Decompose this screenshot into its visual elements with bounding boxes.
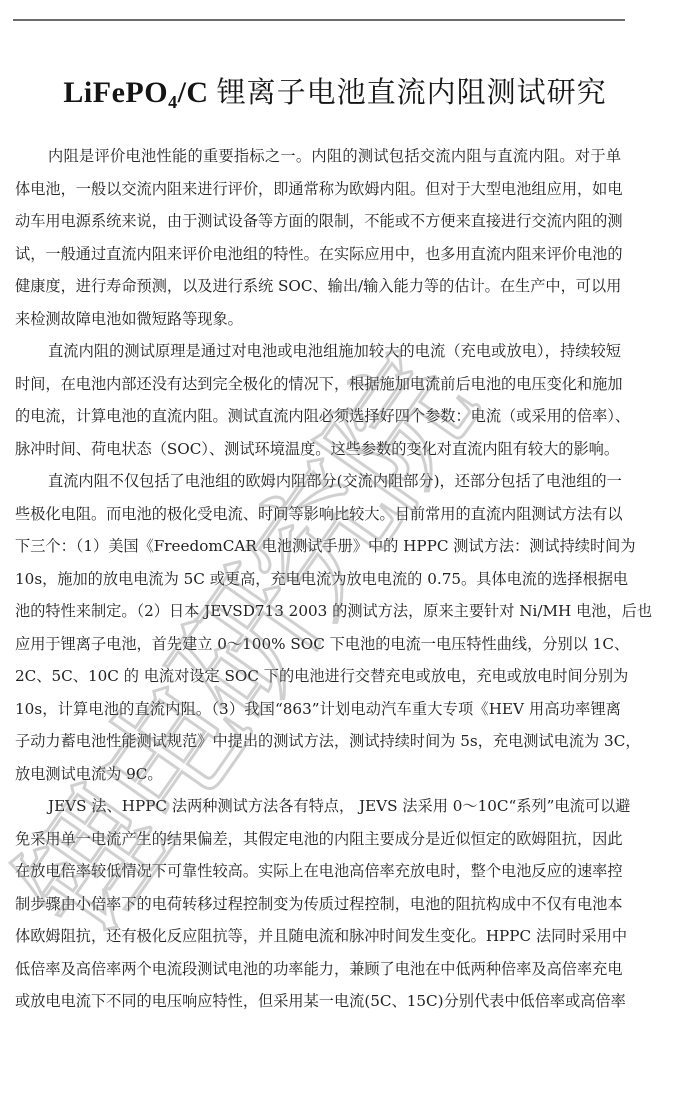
text-line: 池的特性来制定。（2）日本 JEVSD713 2003 的测试方法，原来主要针对… <box>15 595 621 628</box>
paragraph-4: JEVS 法、HPPC 法两种测试方法各有特点， JEVS 法采用 0～10C“… <box>15 790 621 1018</box>
text-line: 下三个：（1）美国《FreedomCAR 电池测试手册》中的 HPPC 测试方法… <box>15 530 621 563</box>
text-line: 子动力蓄电池性能测试规范》中提出的测试方法，测试持续时间为 5s，充电测试电流为… <box>15 725 621 758</box>
document-body: 内阻是评价电池性能的重要指标之一。内阻的测试包括交流内阻与直流内阻。对于单 体电… <box>15 140 621 1018</box>
text-line: 直流内阻的测试原理是通过对电池或电池组施加较大的电流（充电或放电），持续较短 <box>15 335 621 368</box>
text-line: 动车用电源系统来说，由于测试设备等方面的限制，不能或不方便来直接进行交流内阻的测 <box>15 205 621 238</box>
text-line: 应用于锂离子电池，首先建立 0～100% SOC 下电池的电流一电压特性曲线，分… <box>15 628 621 661</box>
text-line: 的电流，计算电池的直流内阻。测试直流内阻必须选择好四个参数：电流（或采用的倍率）… <box>15 400 621 433</box>
text-line: 10s，计算电池的直流内阻。（3）我国“863”计划电动汽车重大专项《HEV 用… <box>15 693 621 726</box>
text-line: 体欧姆阻抗，还有极化反应阻抗等，并且随电流和脉冲时间发生变化。HPPC 法同时采… <box>15 920 621 953</box>
text-line: 或放电电流下不同的电压响应特性，但采用某一电流(5C、15C)分别代表中低倍率或… <box>15 985 621 1018</box>
text-line: 2C、5C、10C 的 电流对设定 SOC 下的电池进行交替充电或放电，充电或放… <box>15 660 621 693</box>
text-line: 健康度，进行寿命预测，以及进行系统 SOC、输出/输入能力等的估计。在生产中，可… <box>15 270 621 303</box>
title-formula-suffix: /C <box>178 76 217 109</box>
text-line: 内阻是评价电池性能的重要指标之一。内阻的测试包括交流内阻与直流内阻。对于单 <box>15 140 621 173</box>
document-title: LiFePO4/C 锂离子电池直流内阻测试研究 <box>0 72 670 113</box>
header-rule <box>13 19 625 21</box>
paragraph-3: 直流内阻不仅包括了电池组的欧姆内阻部分(交流内阻部分)，还部分包括了电池组的一 … <box>15 465 621 790</box>
paragraph-2: 直流内阻的测试原理是通过对电池或电池组施加较大的电流（充电或放电），持续较短 时… <box>15 335 621 465</box>
text-line: 放电测试电流为 9C。 <box>15 758 621 791</box>
text-line: 体电池，一般以交流内阻来进行评价，即通常称为欧姆内阻。但对于大型电池组应用，如电 <box>15 173 621 206</box>
text-line: 免采用单一电流产生的结果偏差，其假定电池的内阻主要成分是近似恒定的欧姆阻抗，因此 <box>15 823 621 856</box>
paragraph-1: 内阻是评价电池性能的重要指标之一。内阻的测试包括交流内阻与直流内阻。对于单 体电… <box>15 140 621 335</box>
text-line: 时间，在电池内部还没有达到完全极化的情况下，根据施加电流前后电池的电压变化和施加 <box>15 368 621 401</box>
text-line: 直流内阻不仅包括了电池组的欧姆内阻部分(交流内阻部分)，还部分包括了电池组的一 <box>15 465 621 498</box>
text-line: 脉冲时间、荷电状态（SOC）、测试环境温度。这些参数的变化对直流内阻有较大的影响… <box>15 433 621 466</box>
text-line: 制步骤由小倍率下的电荷转移过程控制变为传质过程控制，电池的阻抗构成中不仅有电池本 <box>15 888 621 921</box>
title-formula-prefix: LiFePO <box>63 76 168 109</box>
text-line: JEVS 法、HPPC 法两种测试方法各有特点， JEVS 法采用 0～10C“… <box>15 790 621 823</box>
title-cjk-text: 锂离子电池直流内阻测试研究 <box>217 75 607 109</box>
text-line: 10s，施加的放电电流为 5C 或更高，充电电流为放电电流的 0.75。具体电流… <box>15 563 621 596</box>
title-formula-subscript: 4 <box>168 92 178 112</box>
text-line: 在放电倍率较低情况下可靠性较高。实际上在电池高倍率充放电时，整个电池反应的速率控 <box>15 855 621 888</box>
text-line: 试，一般通过直流内阻来评价电池组的特性。在实际应用中，也多用直流内阻来评价电池的 <box>15 238 621 271</box>
text-line: 来检测故障电池如微短路等现象。 <box>15 303 621 336</box>
text-line: 些极化电阻。而电池的极化受电流、时间等影响比较大。目前常用的直流内阻测试方法有以 <box>15 498 621 531</box>
text-line: 低倍率及高倍率两个电流段测试电池的功率能力，兼顾了电池在中低两种倍率及高倍率充电 <box>15 953 621 986</box>
